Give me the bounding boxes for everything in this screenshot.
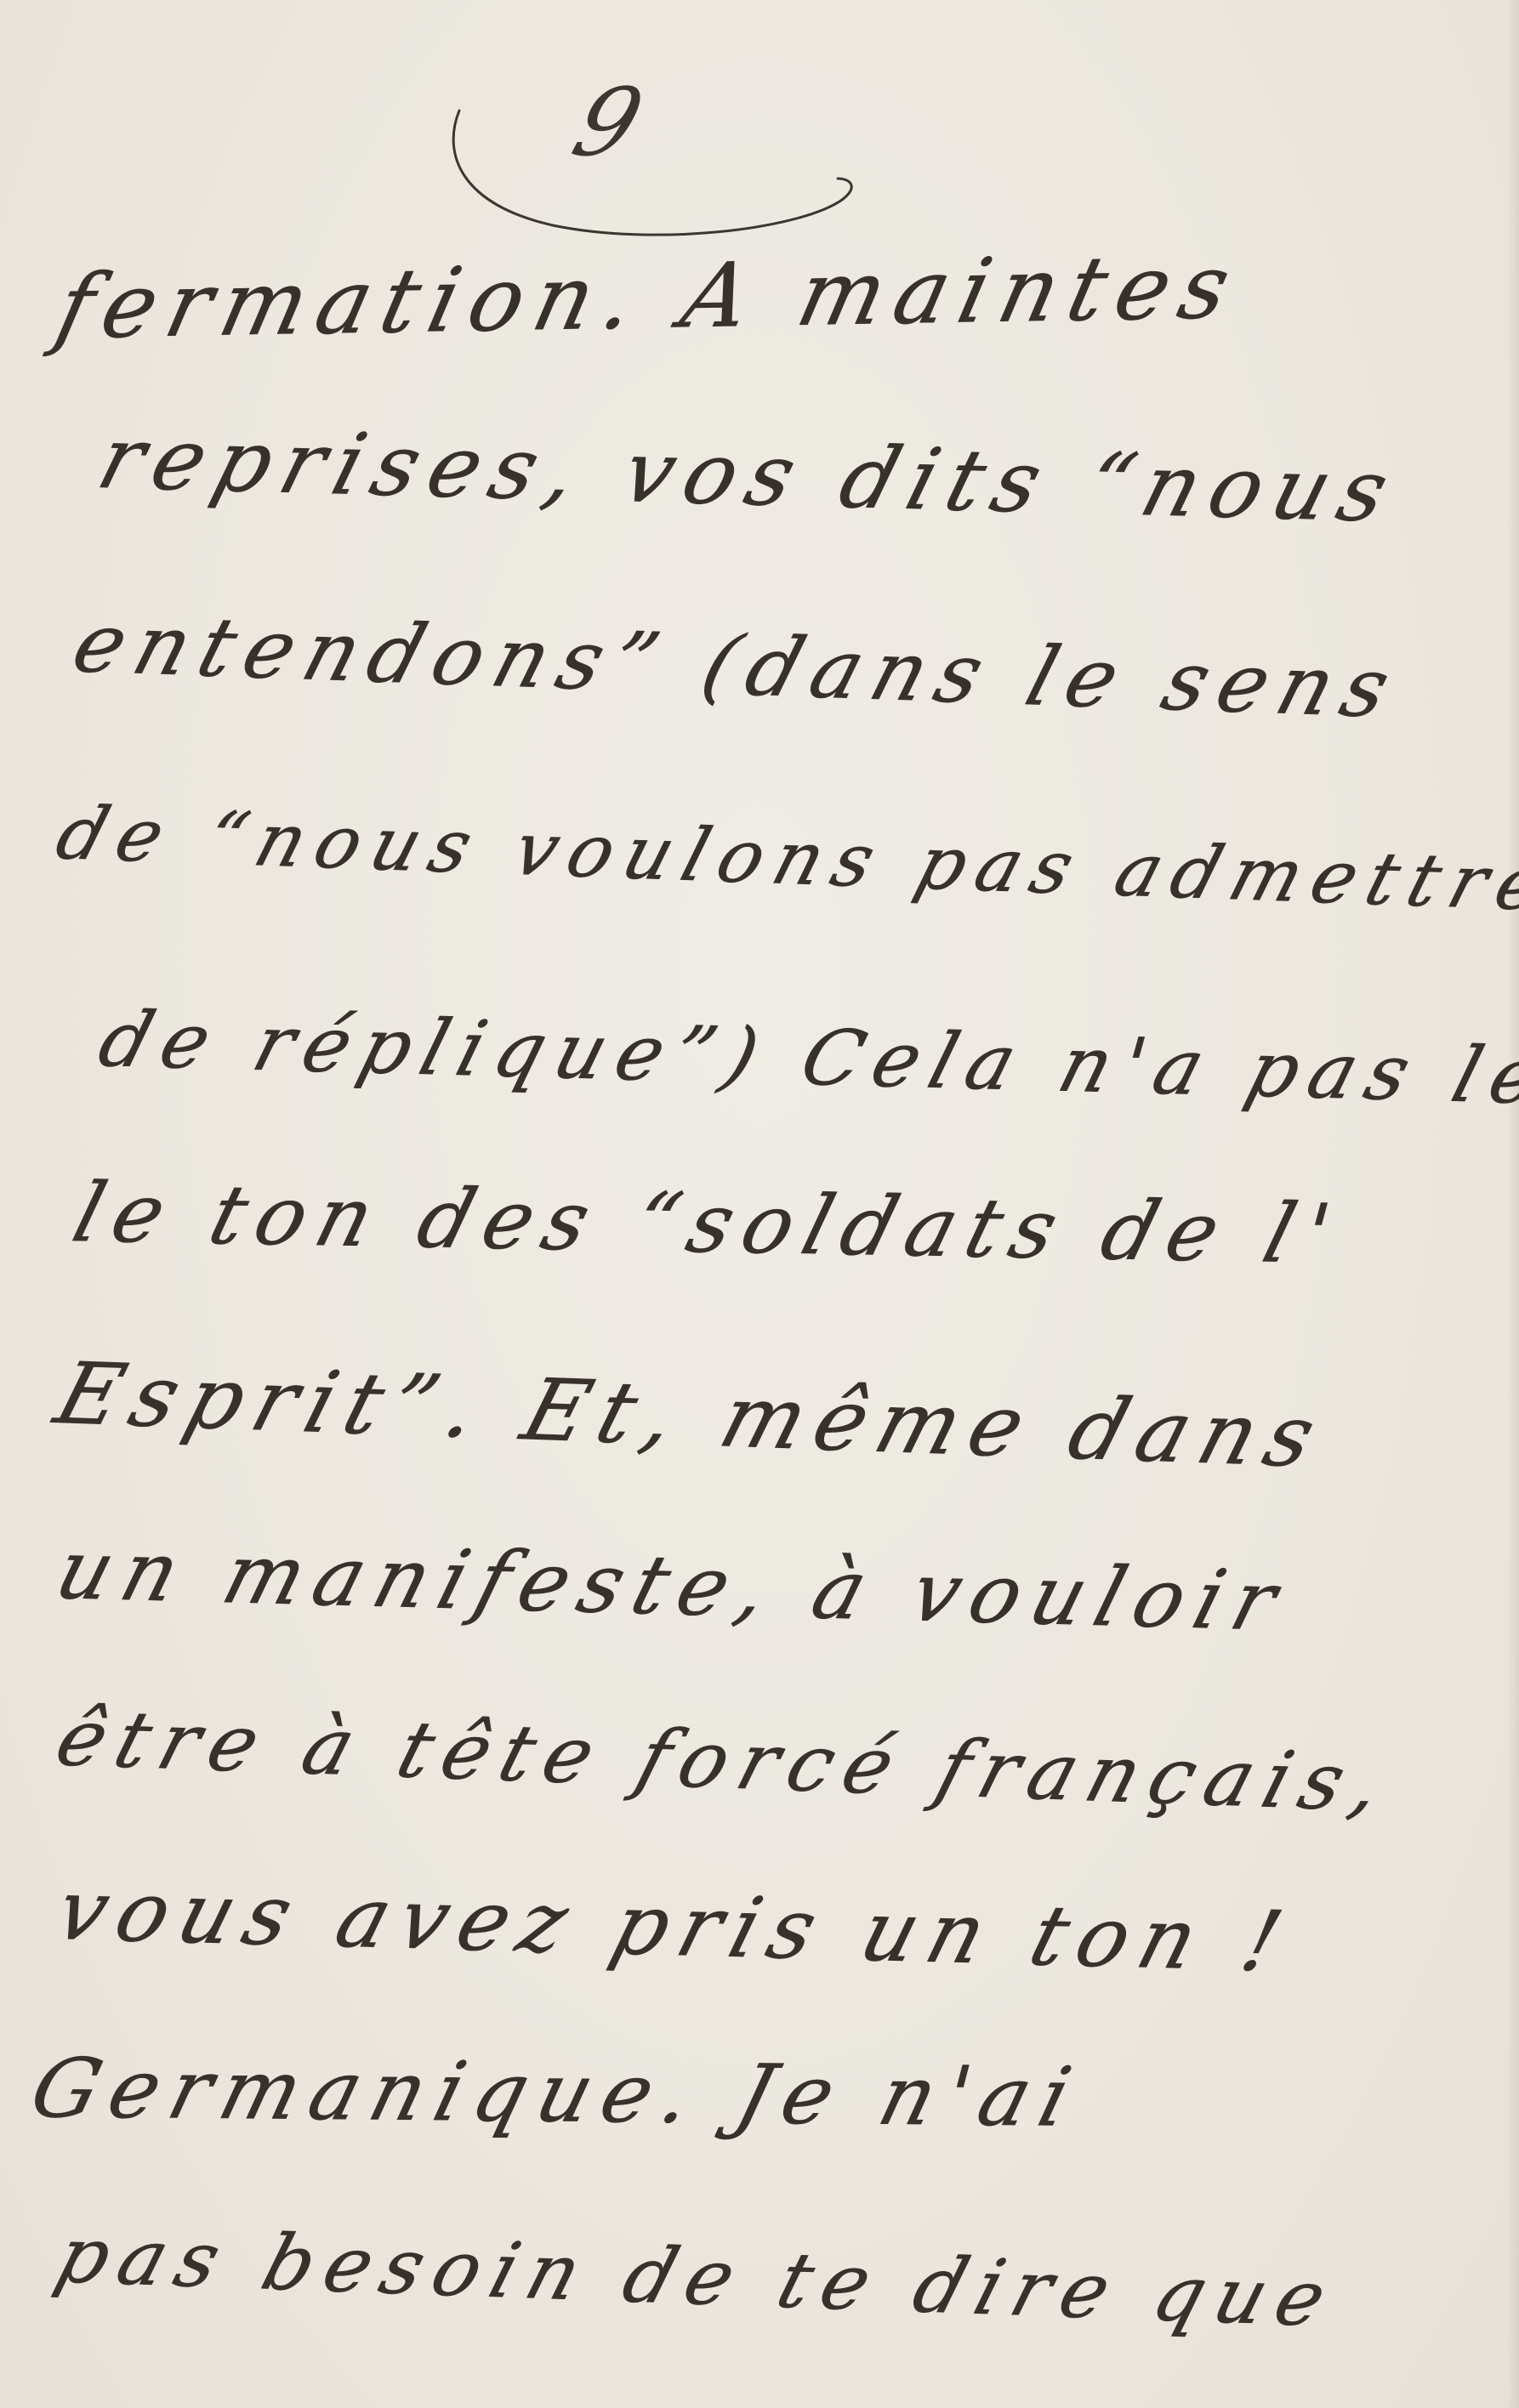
handwritten-line: Germanique. Je n'ai	[22, 2041, 1092, 2144]
paper-edge	[1507, 0, 1519, 2408]
handwritten-line: être à tête forcé français,	[47, 1692, 1404, 1829]
page-number-mark: 9	[442, 77, 885, 247]
letter-page: 9 fermation. A maintes reprises, vos dit…	[0, 0, 1519, 2408]
handwritten-line: fermation. A maintes	[48, 235, 1251, 360]
handwritten-line: Esprit”. Et, même dans	[45, 1344, 1337, 1487]
handwritten-line: de “nous voulons pas admettre	[48, 791, 1519, 927]
handwritten-line: reprises, vos dits “nous	[88, 408, 1410, 541]
handwritten-line: un manifeste, à vouloir	[47, 1522, 1299, 1649]
handwritten-line: pas besoin de te dire que	[47, 2211, 1347, 2343]
handwritten-line: de réplique”) Cela n'a pas le	[90, 995, 1519, 1122]
page-number-underline-icon	[442, 77, 885, 247]
handwritten-line: vous avez pris un ton !	[46, 1862, 1303, 1991]
handwritten-line: entendons” (dans le sens	[63, 596, 1412, 736]
handwritten-line: le ton des “soldats de l'	[64, 1165, 1351, 1281]
